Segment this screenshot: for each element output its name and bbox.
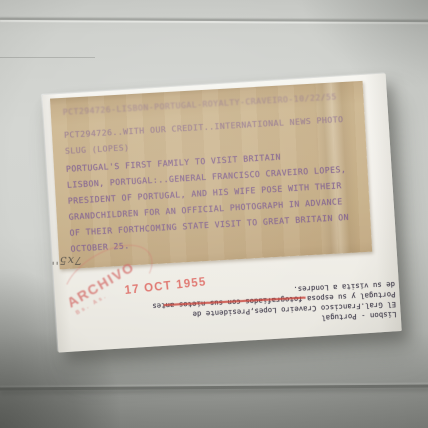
- photo-back-paper: PCT294726-LISBON-PORTUGAL-ROYALTY-CRAVEI…: [42, 73, 402, 352]
- wood-plank-groove-mid: [0, 57, 95, 58]
- handwritten-note: 7x5'': [51, 254, 82, 267]
- caption-slip: PCT294726-LISBON-PORTUGAL-ROYALTY-CRAVEI…: [50, 81, 372, 269]
